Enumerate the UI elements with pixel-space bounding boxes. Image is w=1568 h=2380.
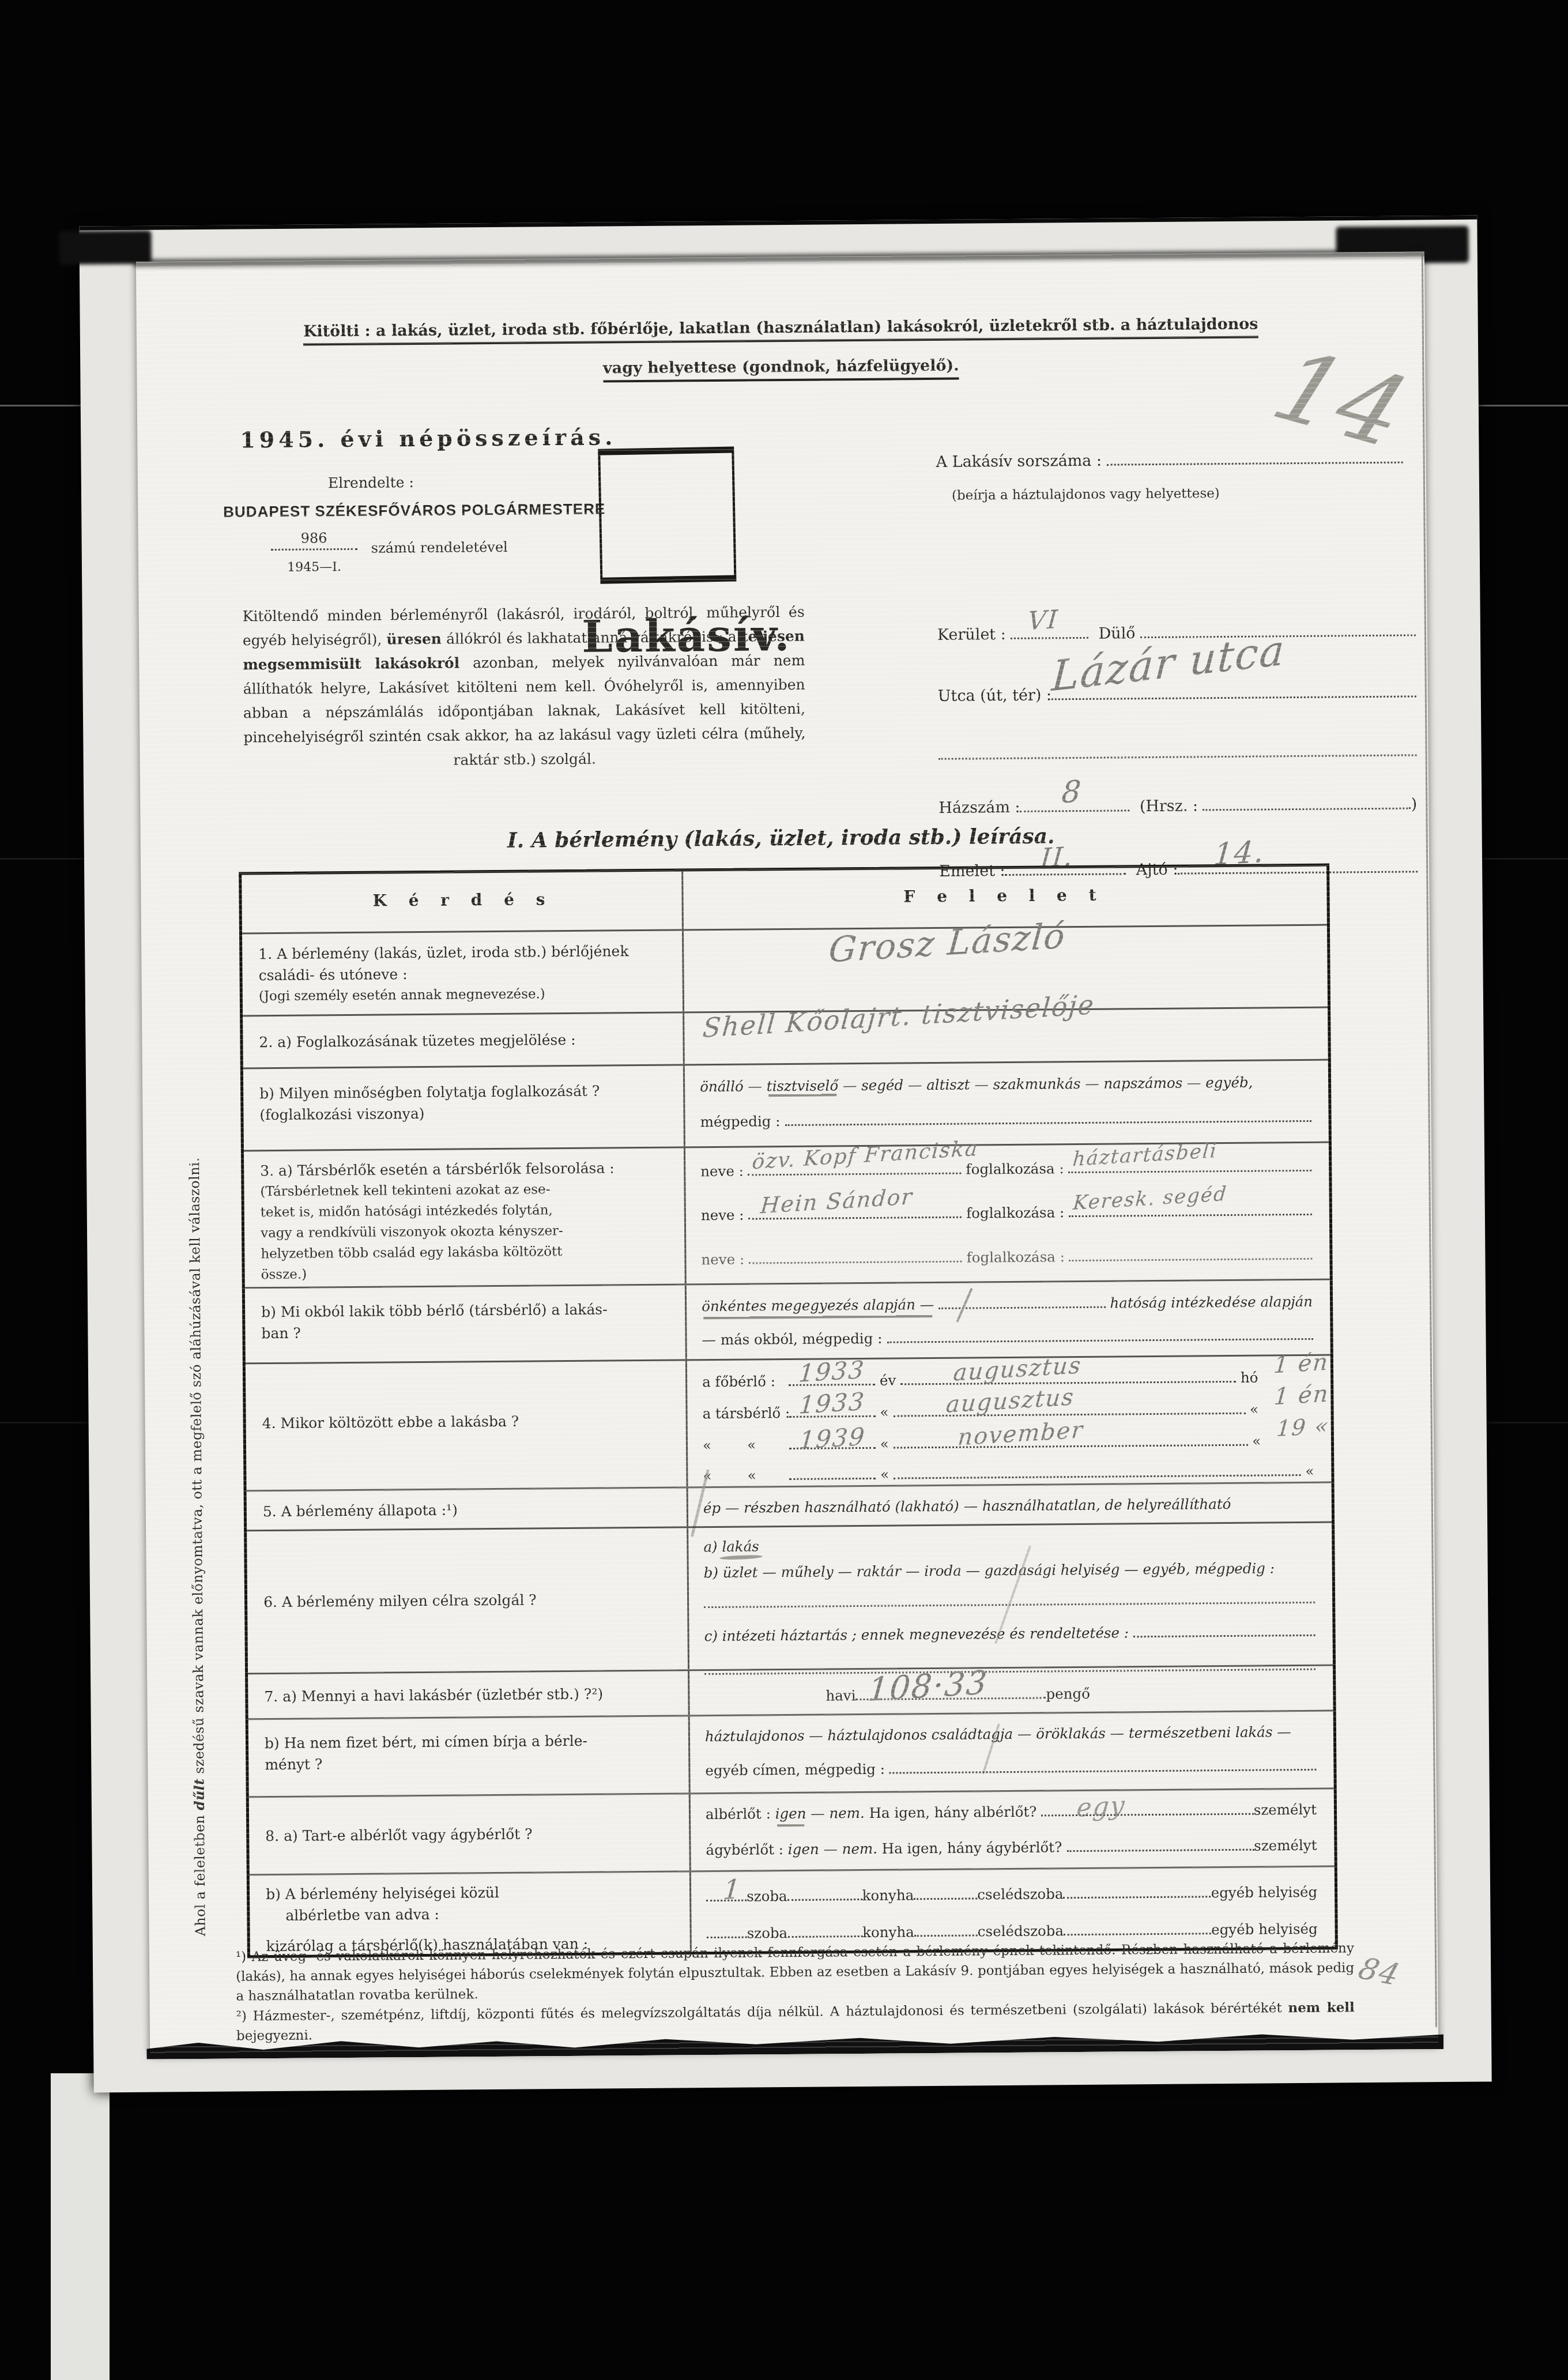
q8a-line2-options: igen — nem. xyxy=(788,1838,877,1860)
q3a-occupation-field-2: Keresk. segéd xyxy=(1069,1199,1312,1218)
house-number-label: Házszám : xyxy=(938,799,1020,817)
q3a-line2: (Társbérletnek kell tekinteni azokat az … xyxy=(260,1178,670,1203)
q4-label-3: « « xyxy=(703,1434,789,1456)
q2b-line1: b) Milyen minőségben folytatja foglalkoz… xyxy=(259,1080,669,1105)
hrsz-field xyxy=(1203,791,1411,811)
street-label: Utca (út, tér) : xyxy=(938,687,1052,706)
question-table: K é r d é s F e l e l e t 1. A bérlemény… xyxy=(239,864,1338,1959)
q7b-other-field xyxy=(889,1754,1317,1774)
q3b-line2: ban ? xyxy=(261,1320,671,1345)
margin-instruction: Ahol a feleletben dűlt szedésű szavak va… xyxy=(184,872,208,1936)
q8a-question: 8. a) Tart-e albérlőt vagy ágybérlőt ? xyxy=(265,1822,675,1847)
page-number-pencil: 84 xyxy=(1354,1952,1404,1993)
q8a-count-field: egy xyxy=(1041,1798,1254,1817)
q4-label-4: « « xyxy=(703,1464,789,1486)
q6-question: 6. A bérlemény milyen célra szolgál ? xyxy=(263,1588,673,1613)
q8b-room2-label: konyha xyxy=(862,1922,914,1944)
footnote-2-bold: nem kell xyxy=(1288,1999,1354,2016)
q4-year-1-handwritten: 1933 xyxy=(798,1359,866,1384)
q7a-amount-handwritten: 108·33 xyxy=(868,1672,989,1701)
q3a-foglalkozas-label: foglalkozása : xyxy=(967,1246,1065,1268)
q3a-neve-label: neve : xyxy=(701,1204,744,1226)
q4-month-3-handwritten: november xyxy=(957,1419,1084,1448)
q8a-line1-pre: albérlőt : xyxy=(706,1803,771,1825)
row-q1: 1. A bérlemény (lakás, üzlet, iroda stb.… xyxy=(242,924,1328,1015)
q4-unit: « xyxy=(1250,1399,1258,1420)
q8b-konyha2-field xyxy=(787,1921,862,1938)
q3a-foglalkozas-label: foglalkozása : xyxy=(966,1158,1064,1180)
q6-option-c: c) intézeti háztartás ; ennek megnevezés… xyxy=(704,1622,1129,1647)
q4-day-1-handwritten: 1 én xyxy=(1273,1351,1329,1376)
q8b-line1: b) A bérlemény helyiségei közül xyxy=(266,1881,676,1905)
q3a-foglalkozas-label: foglalkozása : xyxy=(966,1202,1064,1224)
q4-unit: « xyxy=(880,1433,889,1455)
house-number-field: 8 xyxy=(1020,793,1129,812)
q7a-havi-label: havi xyxy=(826,1685,855,1706)
q3b-option-left: önkéntes megegyezés alapján — xyxy=(702,1294,934,1317)
q3a-occupation-field-3 xyxy=(1069,1243,1312,1261)
q2b-marked-option: tisztviselő xyxy=(767,1077,839,1094)
q1-line1: 1. A bérlemény (lakás, üzlet, iroda stb.… xyxy=(258,940,668,965)
filler-instruction-line2: vagy helyettese (gondnok, házfelügyelő). xyxy=(603,357,959,383)
margin-italic-word: dűlt xyxy=(191,1778,208,1810)
q6-a-word: lakás xyxy=(722,1538,759,1555)
intro-bold: üresen xyxy=(386,631,442,648)
q8b-egyeb-field xyxy=(1063,1881,1211,1899)
q7a-question: 7. a) Mennyi a havi lakásbér (üzletbér s… xyxy=(264,1683,674,1708)
q3a-line1: 3. a) Társbérlők esetén a társbérlők fel… xyxy=(260,1158,670,1182)
row-q8a: 8. a) Tart-e albérlőt vagy ágybérlőt ? a… xyxy=(249,1788,1335,1874)
q4-year-field-4 xyxy=(789,1463,876,1480)
q4-month-field-4 xyxy=(894,1459,1301,1479)
q7a-pengo-label: pengő xyxy=(1046,1683,1090,1705)
q8b-szoba2-field xyxy=(706,1922,747,1938)
q3b-other-field xyxy=(887,1324,1313,1344)
q8b-cseledszoba-field xyxy=(914,1882,977,1900)
q8b-szoba-count-handwritten: 1 xyxy=(722,1878,742,1900)
q8b-room1-label: szoba xyxy=(747,1885,787,1907)
q4-unit: « xyxy=(1252,1430,1261,1452)
row-q3b: b) Mi okból lakik több bérlő (társbérlő)… xyxy=(245,1279,1330,1363)
q5-question: 5. A bérlemény állapota :¹) xyxy=(263,1498,673,1523)
q8a-line1-question: Ha igen, hány albérlőt? xyxy=(869,1801,1036,1823)
q4-row-3: « « 1939 « november « 19 « xyxy=(703,1428,1314,1456)
district-label: Kerület : xyxy=(937,626,1006,644)
q8a-igen-option: igen xyxy=(775,1802,806,1824)
q2b-opts-pre: önálló — xyxy=(700,1078,767,1095)
q7a-amount-field: 108·33 xyxy=(855,1682,1046,1700)
q7b-line1: b) Ha nem fizet bért, mi címen bírja a b… xyxy=(265,1730,674,1754)
authority-name: BUDAPEST SZÉKESFŐVÁROS POLGÁRMESTERE xyxy=(223,500,605,521)
q4-month-2-handwritten: augusztus xyxy=(945,1387,1075,1416)
q8a-line1-rest: — nem. xyxy=(811,1802,865,1824)
q3b-line1: b) Mi okból lakik több bérlő (társbérlő)… xyxy=(261,1298,671,1323)
table-header-row: K é r d é s F e l e l e t xyxy=(242,867,1327,933)
q4-question: 4. Mikor költözött ebbe a lakásba ? xyxy=(262,1410,672,1434)
decree-suffix: számú rendeletével xyxy=(371,539,508,556)
q3a-entry-row: neve : Hein Sándor foglalkozása : Keresk… xyxy=(701,1199,1312,1226)
q4-unit: hó xyxy=(1241,1367,1258,1388)
q8b-konyha-field xyxy=(787,1884,862,1901)
q4-year-field-2: 1933 xyxy=(789,1400,875,1418)
q8b-szoba-count-field: 1 xyxy=(706,1885,747,1901)
stamp-box xyxy=(598,446,736,583)
row-q2b: b) Milyen minőségben folytatja foglalkoz… xyxy=(243,1059,1329,1150)
q6-c-field xyxy=(1133,1620,1316,1637)
q2b-line2: (foglalkozási viszonya) xyxy=(259,1101,669,1126)
q2b-megpedig-field xyxy=(785,1105,1311,1126)
row-q7a: 7. a) Mennyi a havi lakásbér (üzletbér s… xyxy=(248,1665,1333,1719)
q3a-entry-row: neve : özv. Kopf Franciska foglalkozása … xyxy=(700,1155,1311,1182)
q3a-occupation-1-handwritten: háztartásbeli xyxy=(1072,1140,1218,1170)
margin-text: szedésű szavak vannak előnyomtatva, ott … xyxy=(186,1157,207,1779)
q4-label-2: a társbérlő : xyxy=(702,1402,789,1424)
q8a-count-handwritten: egy xyxy=(1076,1794,1126,1818)
q8a-line1-suffix: személyt xyxy=(1254,1799,1317,1821)
scanned-document-photo: Kitölti : a lakás, üzlet, iroda stb. főb… xyxy=(0,0,1568,2380)
q2a-question: 2. a) Foglalkozásának tüzetes megjelölés… xyxy=(259,1029,669,1053)
q4-label-1: a főbérlő : xyxy=(702,1370,789,1392)
q8b-egyeb2-field xyxy=(1064,1918,1211,1936)
q8b-room4-label: egyéb helyiség xyxy=(1211,1881,1317,1903)
q8b-room3-label: cselédszoba xyxy=(977,1883,1064,1905)
paper: Kitölti : a lakás, üzlet, iroda stb. főb… xyxy=(79,216,1491,2089)
q6-a-prefix: a) xyxy=(703,1538,722,1555)
q4-row-2: a társbérlő : 1933 « augusztus « 1 én xyxy=(702,1396,1313,1424)
q3a-line5: helyzetben több család egy lakásba költö… xyxy=(261,1241,670,1265)
footnote-1: ¹) Az üveg- és vakolatkárok könnyen hely… xyxy=(236,1938,1355,2006)
q2b-options: önálló — tisztviselő — segéd — altiszt —… xyxy=(700,1071,1311,1097)
q3b-other-label: — más okból, mégpedig : xyxy=(702,1328,882,1350)
q4-month-1-handwritten: augusztus xyxy=(952,1355,1083,1384)
q1-line3: (Jogi személy esetén annak megnevezése.) xyxy=(259,983,669,1008)
decree-number: 986 xyxy=(271,530,357,551)
q4-month-field-2: augusztus xyxy=(893,1398,1245,1417)
q3a-neve-label: neve : xyxy=(701,1249,744,1271)
row-q2a: 2. a) Foglalkozásának tüzetes megjelölés… xyxy=(243,1007,1328,1068)
q2b-opts-post: — segéd — altiszt — szakmunkás — napszám… xyxy=(838,1074,1253,1094)
footnote-2-text: bejegyezni. xyxy=(236,2028,312,2043)
q8b-room1-label: szoba xyxy=(747,1922,787,1944)
q8b-sublet-line: 1 szoba konyha cselédszoba egyéb helyisé… xyxy=(706,1880,1317,1907)
q4-year-2-handwritten: 1933 xyxy=(798,1391,866,1416)
q7b-options: háztulajdonos — háztulajdonos családtagj… xyxy=(705,1721,1316,1747)
q8a-line2-question: Ha igen, hány ágybérlőt? xyxy=(882,1837,1062,1859)
census-title: 1945. évi népösszeírás. xyxy=(240,424,616,453)
q4-unit: « xyxy=(1305,1460,1314,1482)
q4-unit: « xyxy=(880,1402,888,1423)
q8a-line2-pre: ágybérlőt : xyxy=(706,1839,783,1861)
decree-year: 1945—I. xyxy=(277,560,352,575)
ordered-by-label: Elrendelte : xyxy=(328,474,414,491)
q4-day-3-handwritten: 19 « xyxy=(1276,1415,1330,1440)
q5-opts-post: — részben használható (lakható) — haszná… xyxy=(721,1496,1231,1516)
intro-text: állókról és lakhatatlanná váltakról is ;… xyxy=(442,628,741,647)
q5-options: ép — részben használható (lakható) — has… xyxy=(703,1493,1314,1519)
q4-unit: év xyxy=(880,1370,896,1391)
q3a-occupation-2-handwritten: Keresk. segéd xyxy=(1072,1184,1228,1214)
q8b-room4-label: egyéb helyiség xyxy=(1211,1918,1318,1940)
q3a-line6: össze.) xyxy=(261,1261,671,1286)
row-q7b: b) Ha nem fizet bért, mi címen bírja a b… xyxy=(248,1710,1334,1797)
q8b-cseledszoba2-field xyxy=(914,1920,978,1937)
q3b-option-right: hatóság intézkedése alapján xyxy=(1110,1291,1313,1314)
dulo-label: Dülő xyxy=(1098,625,1135,643)
question-column-header: K é r d é s xyxy=(242,871,682,932)
q4-year-field-3: 1939 xyxy=(789,1432,876,1449)
pencil-scribble xyxy=(719,1554,762,1560)
q4-unit: « xyxy=(880,1463,889,1485)
q5-marked-option: ép xyxy=(703,1500,721,1516)
q8b-room3-label: cselédszoba xyxy=(978,1920,1064,1942)
q4-month-field-1: augusztus xyxy=(900,1366,1236,1385)
hrsz-close: ) xyxy=(1411,796,1418,814)
q3a-entry-row: neve : foglalkozása : xyxy=(701,1243,1312,1270)
q3a-name-field-2: Hein Sándor xyxy=(748,1202,962,1220)
q7b-other-label: egyéb címen, mégpedig : xyxy=(705,1758,885,1780)
q8a-bed-count-field xyxy=(1066,1834,1254,1852)
q4-year-3-handwritten: 1939 xyxy=(798,1426,866,1451)
serial-note: (beírja a háztulajdonos vagy helyettese) xyxy=(952,486,1220,503)
q8b-line2: albérletbe van adva : xyxy=(266,1902,676,1927)
q3a-occupation-field-1: háztartásbeli xyxy=(1068,1155,1311,1173)
q3a-name-2-handwritten: Hein Sándor xyxy=(760,1187,914,1217)
form-page: Kitölti : a lakás, üzlet, iroda stb. főb… xyxy=(136,251,1438,2054)
q7b-line2: ményt ? xyxy=(265,1751,674,1776)
q6-option-a: a) lakás xyxy=(703,1531,1314,1557)
q1-answer-handwritten: Grosz László xyxy=(828,925,1066,961)
district-field: VI xyxy=(1011,621,1088,639)
row-q4: 4. Mikor költözött ebbe a lakásba ? a fő… xyxy=(246,1354,1332,1490)
q8a-line2-suffix: személyt xyxy=(1254,1835,1317,1856)
film-strip xyxy=(51,2073,110,2380)
intro-paragraph: Kitöltendő minden bérleményről (lakásról… xyxy=(243,600,806,774)
row-q6: 6. A bérlemény milyen célra szolgál ? a)… xyxy=(247,1522,1333,1673)
serial-label: A Lakásív sorszáma : xyxy=(936,452,1102,471)
q2b-megpedig-label: mégpedig : xyxy=(700,1110,780,1132)
q4-month-field-3: november xyxy=(893,1429,1247,1449)
q4-day-2-handwritten: 1 én xyxy=(1273,1383,1330,1408)
q3a-line3: teket is, midőn hatósági intézkedés foly… xyxy=(261,1199,670,1223)
footnote-2: ²) Házmester-, szemétpénz, liftdíj, közp… xyxy=(236,1998,1355,2046)
q8b-room2-label: konyha xyxy=(862,1884,914,1906)
q3a-name-field-1: özv. Kopf Franciska xyxy=(748,1158,962,1176)
street-field-line2 xyxy=(938,720,1416,760)
hrsz-label: (Hrsz. : xyxy=(1140,797,1198,816)
margin-text: Ahol a feleletben xyxy=(191,1810,209,1936)
q4-year-field-1: 1933 xyxy=(789,1369,875,1386)
q3a-line4: vagy a rendkívüli viszonyok okozta kénys… xyxy=(261,1220,670,1244)
filler-instruction-line1: Kitölti : a lakás, üzlet, iroda stb. főb… xyxy=(303,315,1258,346)
q3a-name-field-3 xyxy=(749,1246,962,1264)
row-q3a: 3. a) Társbérlők esetén a társbérlők fel… xyxy=(244,1142,1330,1287)
house-number-handwritten: 8 xyxy=(1061,774,1084,811)
section-title: I. A bérlemény (lakás, üzlet, iroda stb.… xyxy=(239,822,1324,855)
q3a-neve-label: neve : xyxy=(700,1160,744,1182)
district-value-handwritten: VI xyxy=(1027,605,1060,637)
q1-line2: családi- és utóneve : xyxy=(258,962,668,986)
